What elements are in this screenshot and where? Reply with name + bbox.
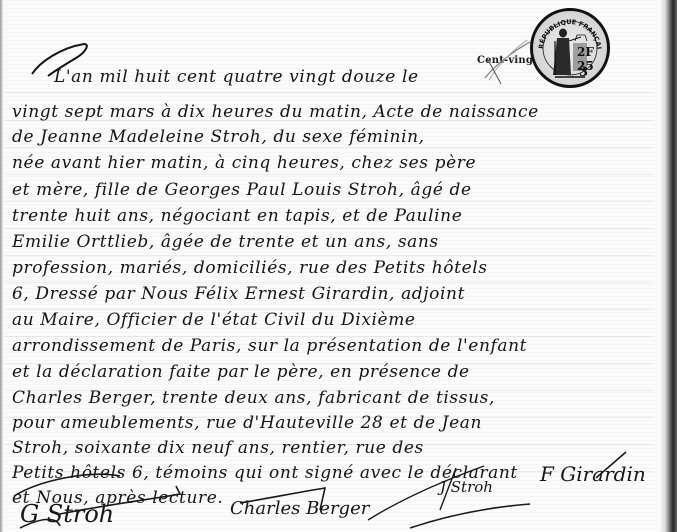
margin-check-mark-icon <box>475 38 535 88</box>
body-line-4: née avant hier matin, à cinq heures, che… <box>12 153 476 173</box>
register-page: Cent-vingt-septième RÉPUBLIQUE FRANÇAISE… <box>0 0 677 532</box>
body-line-15: Stroh, soixante dix neuf ans, rentier, r… <box>12 438 424 458</box>
body-line-5: et mère, fille de Georges Paul Louis Str… <box>12 180 472 200</box>
ruled-line <box>4 201 654 202</box>
body-line-12: et la déclaration faite par le père, en … <box>12 362 470 382</box>
page-binding-shadow <box>659 0 677 532</box>
ruled-line <box>4 92 654 93</box>
fiscal-stamp: RÉPUBLIQUE FRANÇAISE 2F 25 3 <box>530 8 610 88</box>
signature-f-girardin: F Girardin <box>540 462 646 486</box>
ruled-line <box>4 228 654 229</box>
body-line-11: arrondissement de Paris, sur la présenta… <box>12 336 527 356</box>
body-line-10: au Maire, Officier de l'état Civil du Di… <box>12 310 416 330</box>
body-line-2: vingt sept mars à dix heures du matin, A… <box>12 102 539 122</box>
body-line-14: pour ameublements, rue d'Hauteville 28 e… <box>12 413 482 433</box>
ruled-line <box>4 174 654 175</box>
body-line-7: Emilie Orttlieb, âgée de trente et un an… <box>12 232 439 252</box>
signature-j-stroh: J Stroh <box>440 478 493 496</box>
stamp-value-bottom: 3 <box>579 65 588 80</box>
body-line-3: de Jeanne Madeleine Stroh, du sexe fémin… <box>12 127 425 147</box>
ruled-line <box>4 255 654 256</box>
body-line-1: L'an mil huit cent quatre vingt douze le <box>54 67 419 87</box>
page-left-edge <box>0 0 3 532</box>
body-line-13: Charles Berger, trente deux ans, fabrica… <box>12 388 495 408</box>
body-line-9: 6, Dressé par Nous Félix Ernest Girardin… <box>12 284 465 304</box>
body-line-8: profession, mariés, domiciliés, rue des … <box>12 258 488 278</box>
signature-charles-berger: Charles Berger <box>230 498 369 519</box>
signature-g-stroh: G Stroh <box>20 500 114 528</box>
body-line-6: trente huit ans, négociant en tapis, et … <box>12 206 462 226</box>
ruled-line <box>4 147 654 148</box>
ruled-line <box>4 282 654 283</box>
